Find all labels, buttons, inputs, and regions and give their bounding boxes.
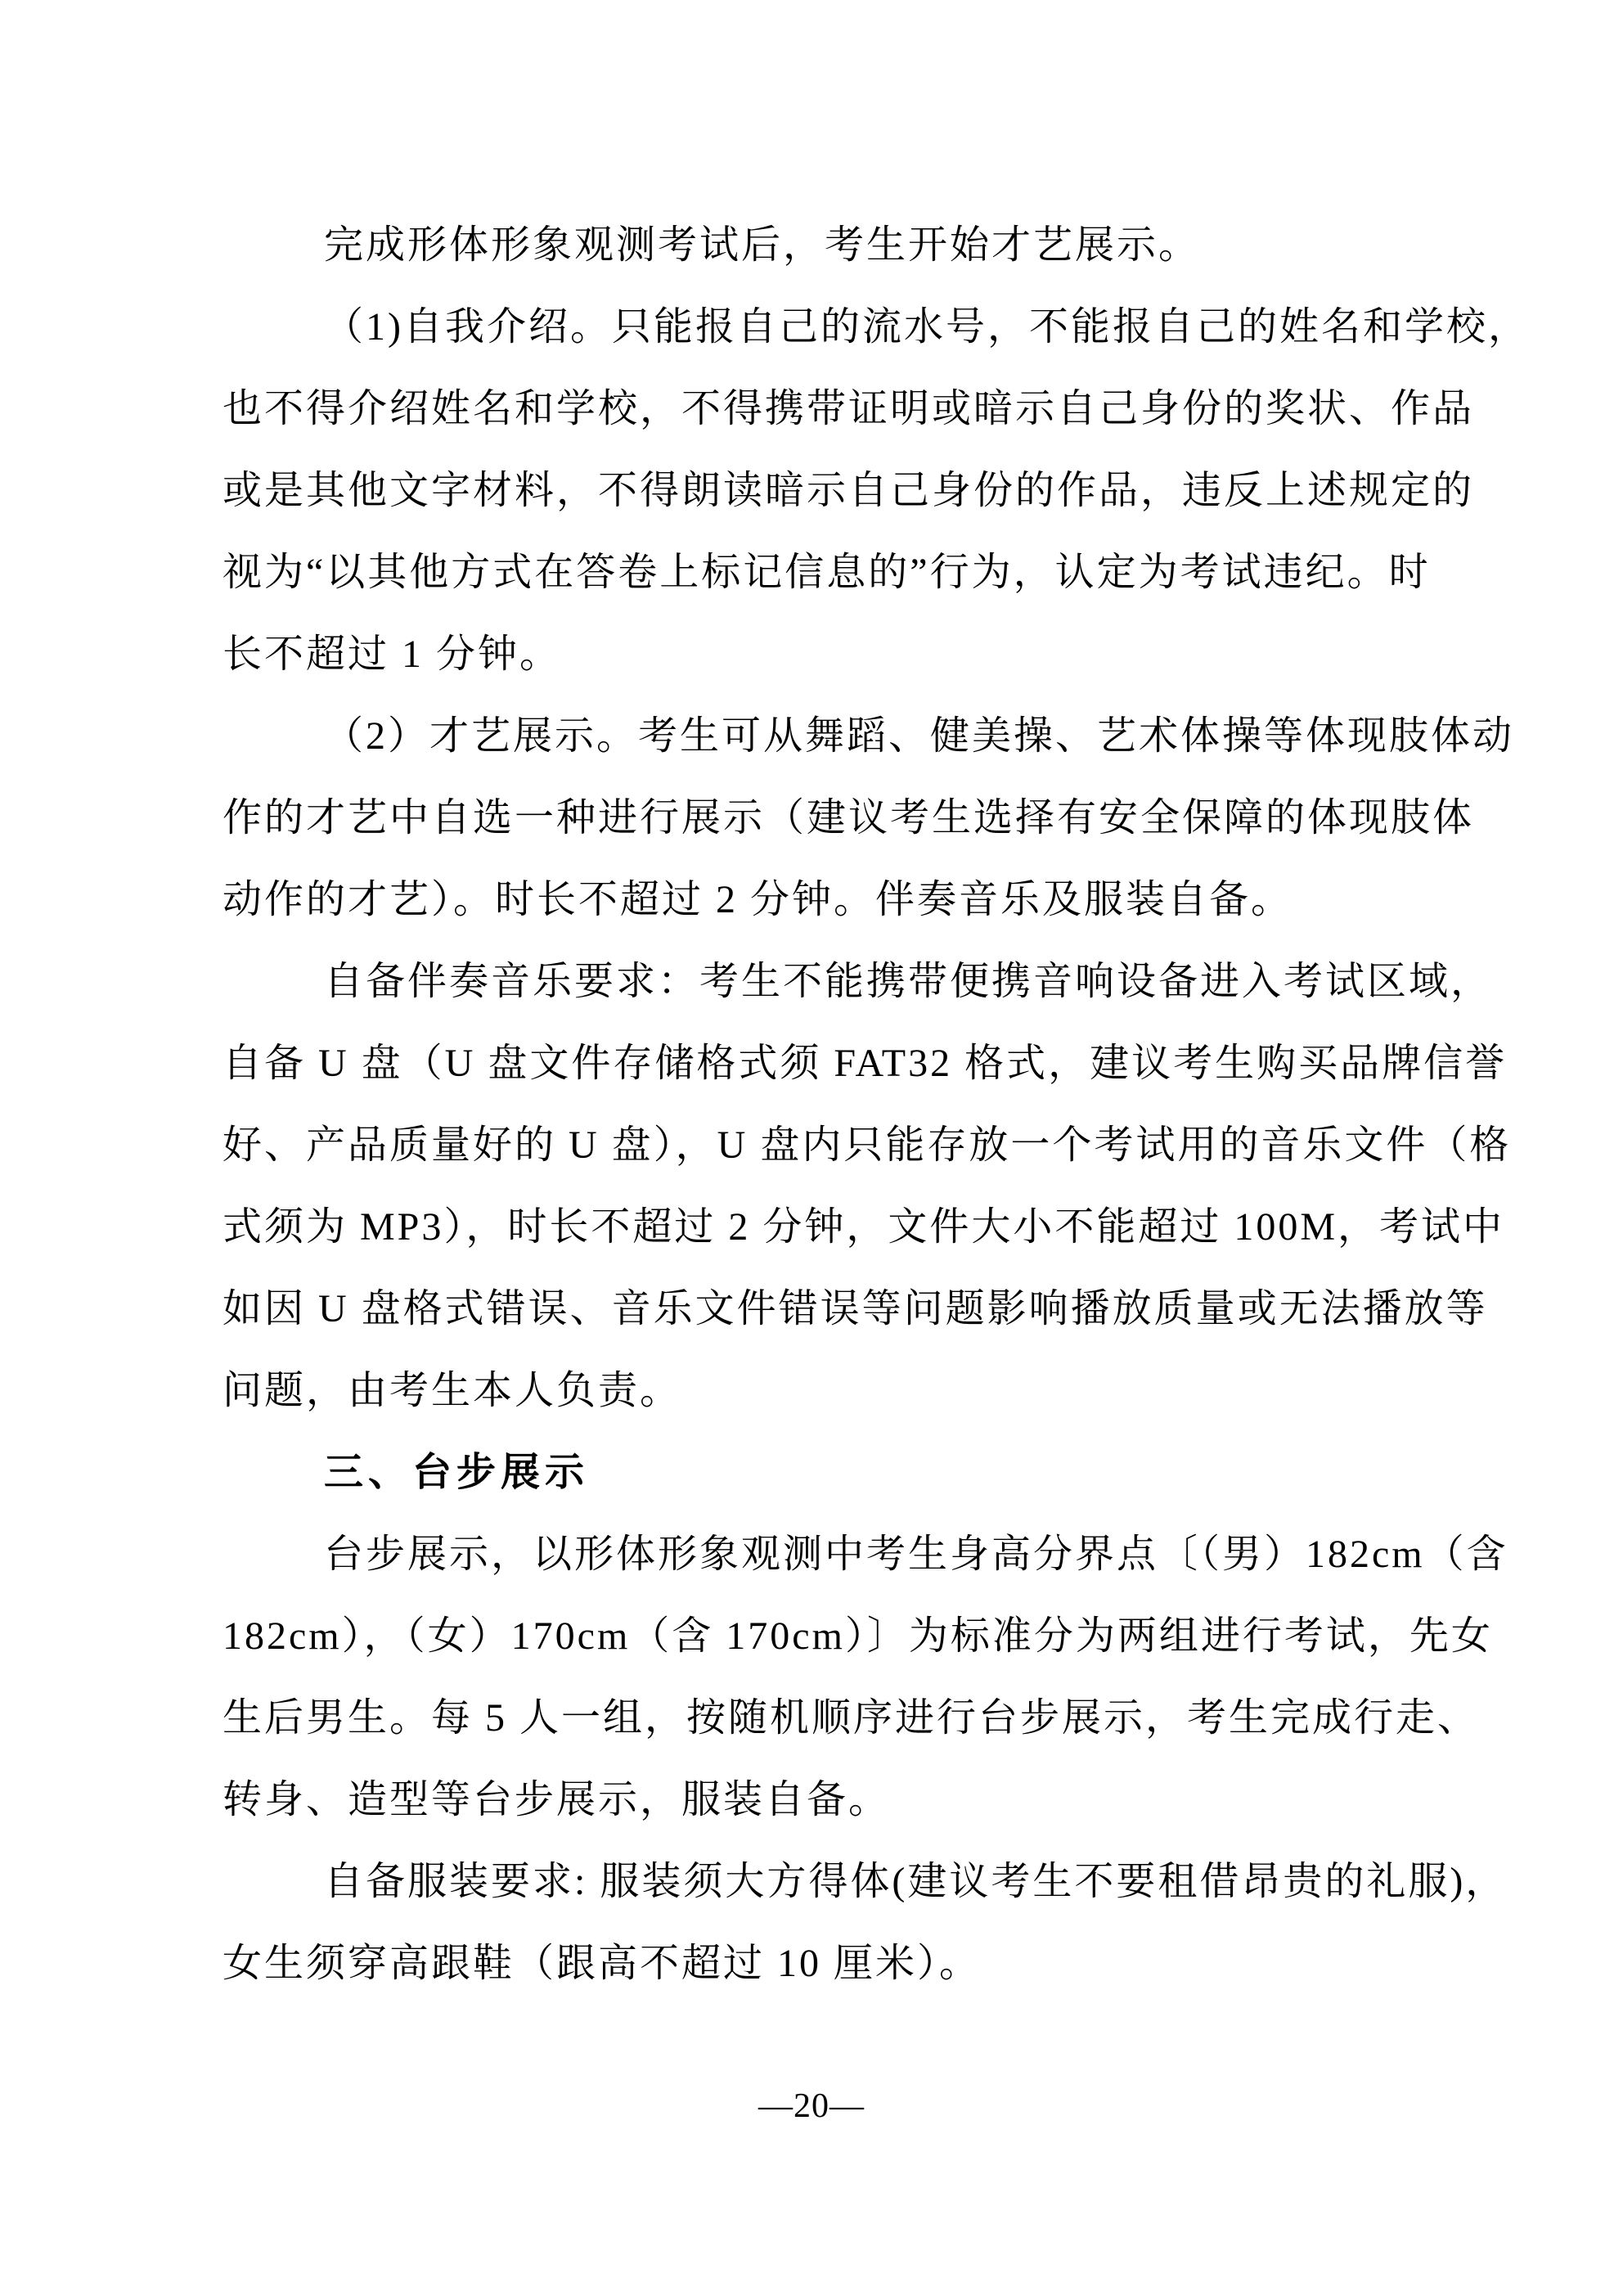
text-line: 作的才艺中自选一种进行展示（建议考生选择有安全保障的体现肢体 [223,777,1400,859]
text-line: 台步展示，以形体形象观测中考生身高分界点〔（男）182cm（含 [223,1514,1400,1596]
text-line: 问题，由考生本人负责。 [223,1350,1400,1432]
text-line: 式须为 MP3），时长不超过 2 分钟，文件大小不能超过 100M，考试中 [223,1186,1400,1268]
section-heading: 三、台步展示 [223,1432,1400,1514]
text-line: 182cm），（女）170cm（含 170cm）〕为标准分为两组进行考试，先女 [223,1596,1400,1677]
text-line: 动作的才艺）。时长不超过 2 分钟。伴奏音乐及服装自备。 [223,859,1400,941]
text-line: 或是其他文字材料，不得朗读暗示自己身份的作品，违反上述规定的 [223,450,1400,532]
text-block: 完成形体形象观测考试后，考生开始才艺展示。（1)自我介绍。只能报自己的流水号，不… [223,205,1400,2005]
text-line: 长不超过 1 分钟。 [223,614,1400,696]
text-line: 生后男生。每 5 人一组，按随机顺序进行台步展示，考生完成行走、 [223,1677,1400,1759]
text-line: 也不得介绍姓名和学校，不得携带证明或暗示自己身份的奖状、作品 [223,368,1400,450]
text-line: （1)自我介绍。只能报自己的流水号，不能报自己的姓名和学校， [223,286,1400,368]
document-page: 完成形体形象观测考试后，考生开始才艺展示。（1)自我介绍。只能报自己的流水号，不… [0,0,1623,2296]
text-line: 自备服装要求: 服装须大方得体(建议考生不要租借昂贵的礼服)， [223,1841,1400,1923]
text-line: 女生须穿高跟鞋（跟高不超过 10 厘米）。 [223,1923,1400,2005]
text-line: 如因 U 盘格式错误、音乐文件错误等问题影响播放质量或无法播放等 [223,1268,1400,1350]
text-line: 转身、造型等台步展示，服装自备。 [223,1759,1400,1841]
text-line: 视为“以其他方式在答卷上标记信息的”行为，认定为考试违纪。时 [223,532,1400,614]
text-line: 好、产品质量好的 U 盘），U 盘内只能存放一个考试用的音乐文件（格 [223,1105,1400,1186]
text-line: 完成形体形象观测考试后，考生开始才艺展示。 [223,205,1400,286]
text-line: （2）才艺展示。考生可从舞蹈、健美操、艺术体操等体现肢体动 [223,696,1400,777]
page-number-footer: —20— [0,2085,1623,2127]
text-line: 自备伴奏音乐要求：考生不能携带便携音响设备进入考试区域， [223,941,1400,1023]
text-line: 自备 U 盘（U 盘文件存储格式须 FAT32 格式，建议考生购买品牌信誉 [223,1023,1400,1105]
